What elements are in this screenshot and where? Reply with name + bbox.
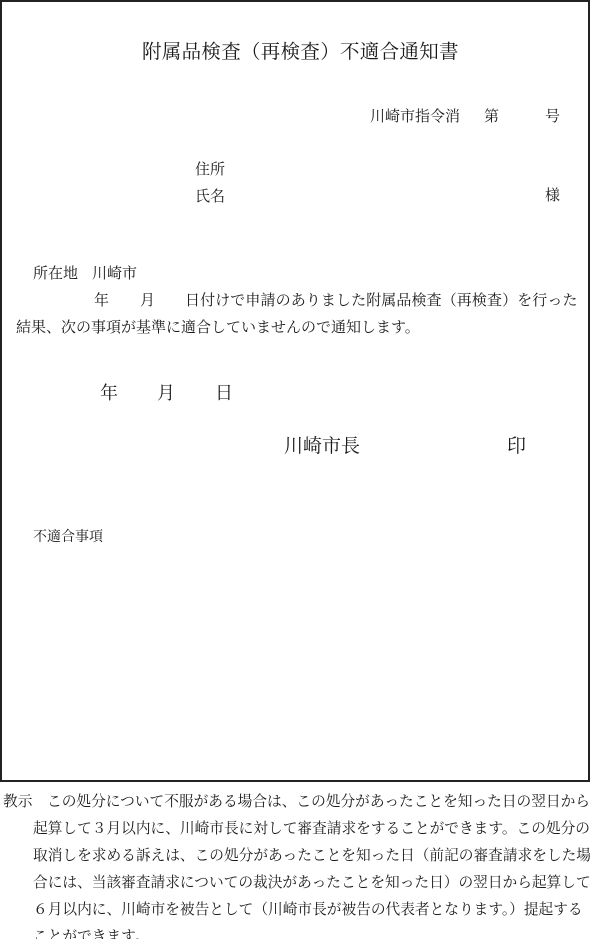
honorific-sama: 様 xyxy=(545,188,560,203)
date-day: 日 xyxy=(215,385,233,403)
instruction-line: 起算して３月以内に、川崎市長に対して審査請求をすることができます。この処分の xyxy=(33,822,590,837)
body-month: 月 xyxy=(140,293,155,308)
instruction-line: ことができます。 xyxy=(33,930,149,939)
notice-form-frame xyxy=(0,0,590,782)
name-label: 氏名 xyxy=(195,189,225,204)
reference-dai: 第 xyxy=(484,109,499,124)
location-value: 川崎市 xyxy=(92,266,137,281)
issuer-name: 川崎市長 xyxy=(284,437,360,456)
instruction-line: この処分について不服がある場合は、この処分があったことを知った日の翌日から xyxy=(47,795,590,810)
nonconformity-label: 不適合事項 xyxy=(33,530,103,544)
body-line1: 日付けで申請のありました附属品検査（再検査）を行った xyxy=(185,293,578,308)
seal-mark: 印 xyxy=(507,437,526,456)
instruction-line: 合には、当該審査請求についての裁決があったことを知った日）の翌日から起算して xyxy=(33,876,590,891)
date-year: 年 xyxy=(100,385,118,403)
date-month: 月 xyxy=(157,385,175,403)
address-label: 住所 xyxy=(195,162,225,177)
body-year: 年 xyxy=(94,293,109,308)
document-title: 附属品検査（再検査）不適合通知書 xyxy=(142,42,459,62)
body-line2: 結果、次の事項が基準に適合していませんので通知します。 xyxy=(16,320,420,335)
instruction-line: 取消しを求める訴えは、この処分があったことを知った日（前記の審査請求をした場 xyxy=(33,849,590,864)
reference-prefix: 川崎市指令消 xyxy=(370,109,460,124)
instruction-line: ６月以内に、川崎市を被告として（川崎市長が被告の代表者となります。）提起する xyxy=(33,903,583,918)
instruction-label: 教示 xyxy=(3,795,32,810)
location-label: 所在地 xyxy=(33,266,78,281)
reference-gou: 号 xyxy=(545,109,560,124)
